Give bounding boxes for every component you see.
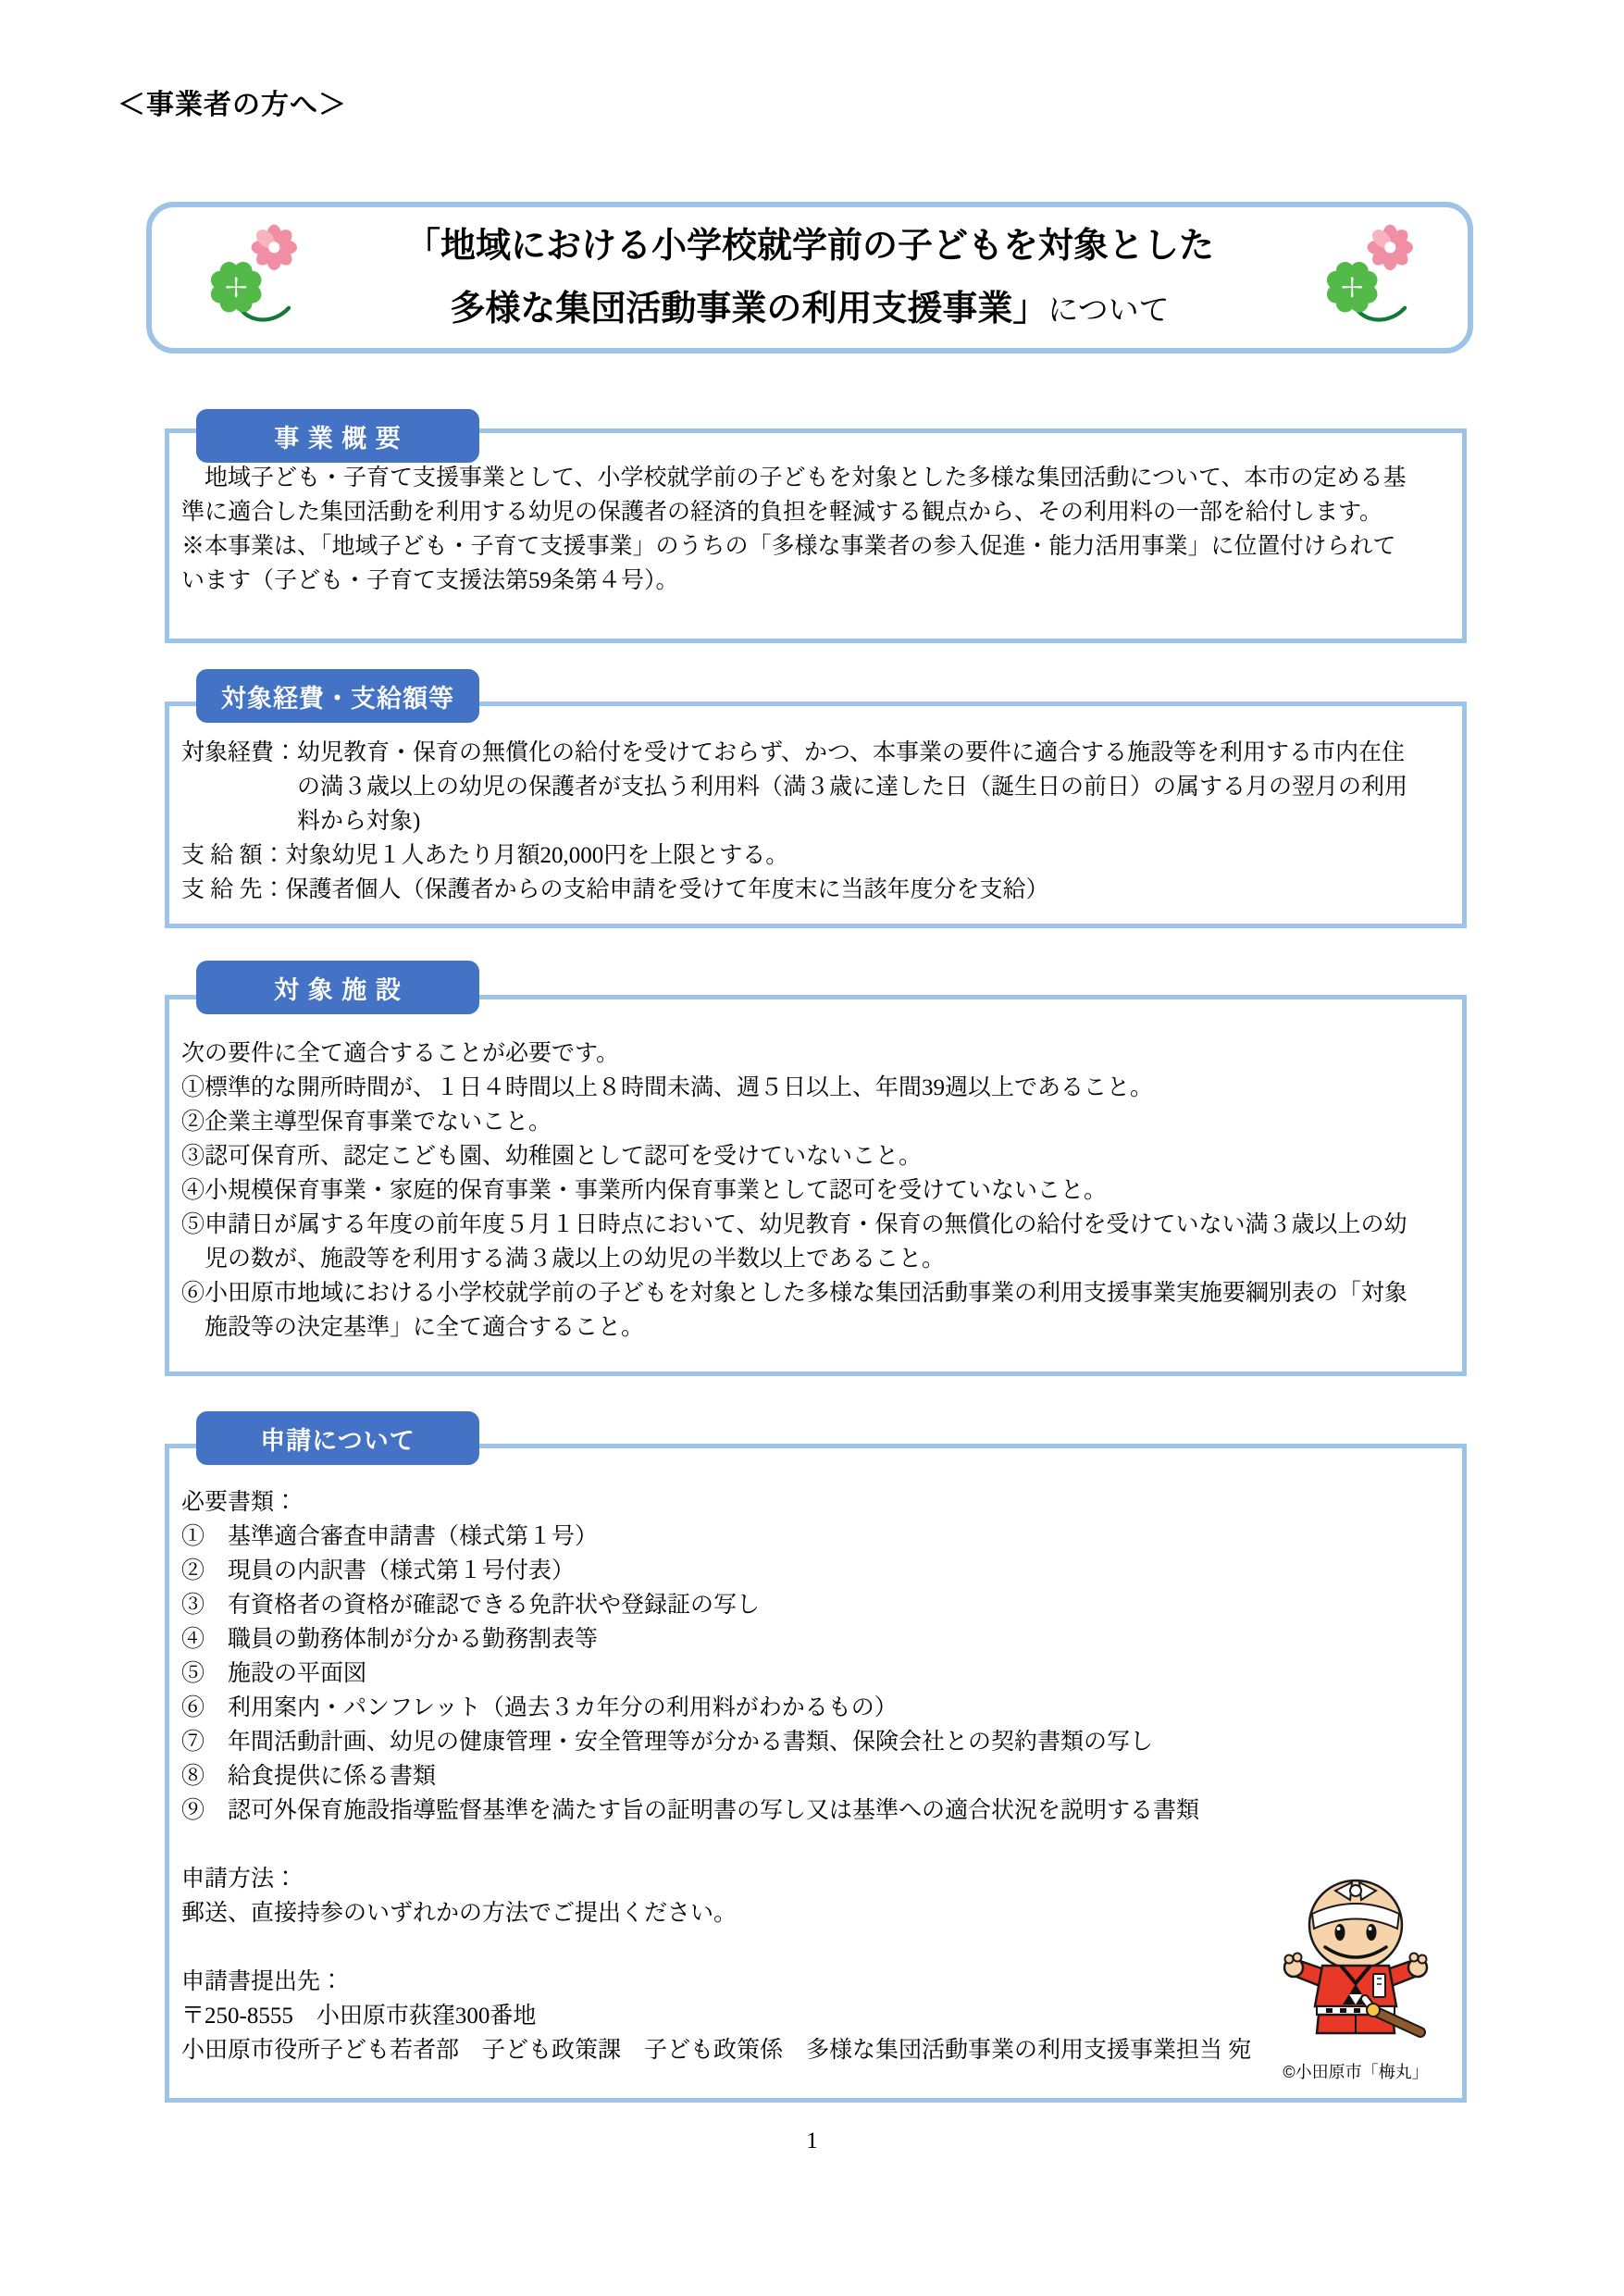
facility-requirement: ②企業主導型保育事業でないこと。 [181, 1105, 1416, 1139]
audience-label: ＜事業者の方へ＞ [118, 81, 347, 122]
facility-requirement: ⑥小田原市地域における小学校就学前の子どもを対象とした多様な集団活動事業の利用支… [181, 1276, 1416, 1345]
cost-row-label: 支 給 額： [181, 843, 286, 868]
facility-requirement: ③認可保育所、認定こども園、幼稚園として認可を受けていないこと。 [181, 1139, 1416, 1173]
spacer [181, 1930, 1416, 1965]
mascot-umemaru-illustration [1282, 1866, 1430, 2051]
clover-flower-icon-svg [200, 218, 304, 337]
title-banner: 「地域における小学校就学前の子どもを対象とした 多様な集団活動事業の利用支援事業… [146, 202, 1473, 354]
facility-requirement: ⑤申請日が属する年度の前年度５月１日時点において、幼児教育・保育の無償化の給付を… [181, 1208, 1416, 1276]
section-facilities-heading: 対 象 施 設 [196, 961, 479, 1014]
flower-icon [252, 225, 297, 270]
document-item: ② 現員の内訳書（様式第１号付表） [181, 1554, 1416, 1588]
cost-row: 対象経費：幼児教育・保育の無償化の給付を受けておらず、かつ、本事業の要件に適合す… [181, 736, 1416, 838]
section-costs-heading: 対象経費・支給額等 [196, 669, 479, 723]
cost-row: 支 給 先：保護者個人（保護者からの支給申請を受けて年度末に当該年度分を支給） [181, 873, 1416, 907]
document-item: ⑥ 利用案内・パンフレット（過去３カ年分の利用料がわかるもの） [181, 1691, 1416, 1725]
document-item: ① 基準適合審査申請書（様式第１号） [181, 1520, 1416, 1554]
clover-flower-icon [200, 218, 304, 337]
submit-office-address: 小田原市役所子ども若者部 子ども政策課 子ども政策係 多様な集団活動事業の利用支… [181, 2033, 1416, 2067]
method-text: 郵送、直接持参のいずれかの方法でご提出ください。 [181, 1896, 1416, 1930]
page-title-line2-suffix: について [1048, 292, 1169, 327]
section-application-heading: 申請について [196, 1411, 479, 1465]
page-title-line2-main: 多様な集団活動事業の利用支援事業」 [450, 290, 1048, 329]
document-item: ④ 職員の勤務体制が分かる勤務割表等 [181, 1622, 1416, 1657]
cost-row-text: 幼児教育・保育の無償化の給付を受けておらず、かつ、本事業の要件に適合する施設等を… [297, 740, 1407, 834]
document-item: ⑨ 認可外保育施設指導監督基準を満たす旨の証明書の写し又は基準への適合状況を説明… [181, 1793, 1416, 1828]
clover-flower-icon [1316, 218, 1419, 337]
document-item: ③ 有資格者の資格が確認できる免許状や登録証の写し [181, 1588, 1416, 1622]
submit-postal-address: 〒250-8555 小田原市荻窪300番地 [181, 1999, 1416, 2033]
cost-row: 支 給 額：対象幼児１人あたり月額20,000円を上限とする。 [181, 838, 1416, 873]
spacer [181, 1828, 1416, 1862]
cost-row-label: 対象経費： [181, 740, 297, 765]
document-item: ⑤ 施設の平面図 [181, 1657, 1416, 1691]
mascot-eye [1335, 1924, 1345, 1941]
submit-label: 申請書提出先： [181, 1965, 1416, 1999]
cost-row-text: 対象幼児１人あたり月額20,000円を上限とする。 [286, 843, 789, 868]
facility-requirement: ①標準的な開所時間が、１日４時間以上８時間未満、週５日以上、年間39週以上である… [181, 1071, 1416, 1105]
overview-paragraph: 地域子ども・子育て支援事業として、小学校就学前の子どもを対象とした多様な集団活動… [181, 461, 1416, 529]
section-facilities-box: 次の要件に全て適合することが必要です。 ①標準的な開所時間が、１日４時間以上８時… [165, 995, 1467, 1376]
mascot-name-tag [1373, 1974, 1385, 1997]
cost-row-label: 支 給 先： [181, 877, 286, 902]
overview-note: ※本事業は、「地域子ども・子育て支援事業」のうちの「多様な事業者の参入促進・能力… [181, 529, 1416, 598]
document-page: ＜事業者の方へ＞ [0, 0, 1624, 2296]
facilities-intro: 次の要件に全て適合することが必要です。 [181, 1036, 1416, 1071]
page-title-line1: 「地域における小学校就学前の子どもを対象とした [304, 229, 1316, 264]
page-title: 「地域における小学校就学前の子どもを対象とした 多様な集団活動事業の利用支援事業… [304, 229, 1316, 327]
flower-icon [1368, 225, 1413, 270]
section-application-box: 必要書類： ① 基準適合審査申請書（様式第１号） ② 現員の内訳書（様式第１号付… [165, 1444, 1467, 2103]
document-item: ⑦ 年間活動計画、幼児の健康管理・安全管理等が分かる書類、保険会社との契約書類の… [181, 1725, 1416, 1759]
cost-row-text: 保護者個人（保護者からの支給申請を受けて年度末に当該年度分を支給） [286, 877, 1049, 902]
section-overview-heading: 事 業 概 要 [196, 409, 479, 463]
page-number: 1 [0, 2128, 1624, 2154]
mascot-credit: ©小田原市「梅丸」 [1277, 2059, 1434, 2083]
mascot-eye [1367, 1924, 1377, 1941]
page-title-line2: 多様な集団活動事業の利用支援事業」について [304, 292, 1316, 327]
section-costs-box: 対象経費：幼児教育・保育の無償化の給付を受けておらず、かつ、本事業の要件に適合す… [165, 701, 1467, 928]
documents-label: 必要書類： [181, 1485, 1416, 1520]
facility-requirement: ④小規模保育事業・家庭的保育事業・事業所内保育事業として認可を受けていないこと。 [181, 1173, 1416, 1208]
method-label: 申請方法： [181, 1862, 1416, 1896]
clover-flower-icon-svg [1316, 218, 1419, 337]
document-item: ⑧ 給食提供に係る書類 [181, 1759, 1416, 1793]
mascot-umemaru: ©小田原市「梅丸」 [1277, 1866, 1434, 2083]
